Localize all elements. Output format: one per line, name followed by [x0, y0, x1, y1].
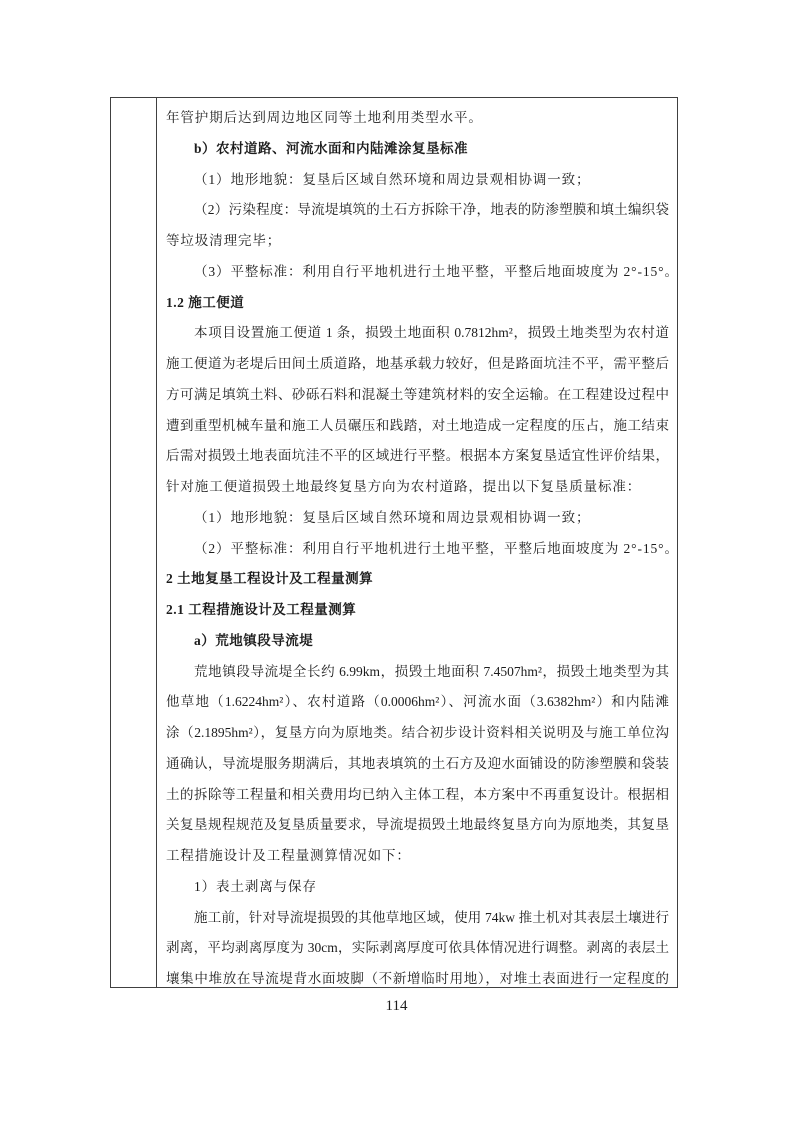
- text-line: 剥离，平均剥离厚度为 30cm，实际剥离厚度可依具体情况进行调整。剥离的表层土: [166, 933, 669, 964]
- text-line: 工程措施设计及工程量测算情况如下：: [166, 841, 669, 872]
- text-line: 遭到重型机械车量和施工人员碾压和践踏，对土地造成一定程度的压占，施工结束: [166, 411, 669, 442]
- text-line: 等垃圾清理完毕；: [166, 226, 669, 257]
- text-line: b）农村道路、河流水面和内陆滩涂复垦标准: [166, 134, 669, 165]
- text-line: 关复垦规程规范及复垦质量要求，导流堤损毁土地最终复垦方向为原地类，其复垦: [166, 810, 669, 841]
- text-line: 1.2 施工便道: [166, 288, 669, 319]
- text-line: 涂（2.1895hm²），复垦方向为原地类。结合初步设计资料相关说明及与施工单位…: [166, 718, 669, 749]
- page-number: 114: [0, 996, 793, 1016]
- text-line: a）荒地镇段导流堤: [166, 626, 669, 657]
- text-line: （1）地形地貌：复垦后区域自然环境和周边景观相协调一致；: [166, 503, 669, 534]
- text-line: 1）表土剥离与保存: [166, 872, 669, 903]
- text-line: 土的拆除等工程量和相关费用均已纳入主体工程，本方案中不再重复设计。根据相: [166, 780, 669, 811]
- text-line: 施工前，针对导流堤损毁的其他草地区域，使用 74kw 推土机对其表层土壤进行: [166, 903, 669, 934]
- text-line: 2 土地复垦工程设计及工程量测算: [166, 564, 669, 595]
- text-line: 后需对损毁土地表面坑洼不平的区域进行平整。根据本方案复垦适宜性评价结果，: [166, 441, 669, 472]
- text-line: （2）平整标准：利用自行平地机进行土地平整，平整后地面坡度为 2°-15°。: [166, 534, 669, 565]
- text-line: 他草地（1.6224hm²）、农村道路（0.0006hm²）、河流水面（3.63…: [166, 687, 669, 718]
- text-line: 针对施工便道损毁土地最终复垦方向为农村道路，提出以下复垦质量标准：: [166, 472, 669, 503]
- text-line: 本项目设置施工便道 1 条，损毁土地面积 0.7812hm²，损毁土地类型为农村…: [166, 318, 669, 349]
- text-line: 壤集中堆放在导流堤背水面坡脚（不新增临时用地），对堆土表面进行一定程度的: [166, 964, 669, 987]
- text-line: 方可满足填筑土料、砂砾石料和混凝土等建筑材料的安全运输。在工程建设过程中: [166, 380, 669, 411]
- text-line: 年管护期后达到周边地区同等土地利用类型水平。: [166, 103, 669, 134]
- text-line: （3）平整标准：利用自行平地机进行土地平整，平整后地面坡度为 2°-15°。: [166, 257, 669, 288]
- text-line: （1）地形地貌：复垦后区域自然环境和周边景观相协调一致；: [166, 165, 669, 196]
- table-left-column: [111, 98, 157, 987]
- text-line: 荒地镇段导流堤全长约 6.99km，损毁土地面积 7.4507hm²，损毁土地类…: [166, 657, 669, 688]
- text-line: 2.1 工程措施设计及工程量测算: [166, 595, 669, 626]
- table-content-cell: 年管护期后达到周边地区同等土地利用类型水平。b）农村道路、河流水面和内陆滩涂复垦…: [157, 98, 677, 987]
- content-table: 年管护期后达到周边地区同等土地利用类型水平。b）农村道路、河流水面和内陆滩涂复垦…: [110, 97, 678, 988]
- text-line: 通确认，导流堤服务期满后，其地表填筑的土石方及迎水面铺设的防渗塑膜和袋装: [166, 749, 669, 780]
- text-line: （2）污染程度：导流堤填筑的土石方拆除干净，地表的防渗塑膜和填土编织袋: [166, 195, 669, 226]
- text-line: 施工便道为老堤后田间土质道路，地基承载力较好，但是路面坑洼不平，需平整后: [166, 349, 669, 380]
- text-lines-container: 年管护期后达到周边地区同等土地利用类型水平。b）农村道路、河流水面和内陆滩涂复垦…: [166, 103, 669, 987]
